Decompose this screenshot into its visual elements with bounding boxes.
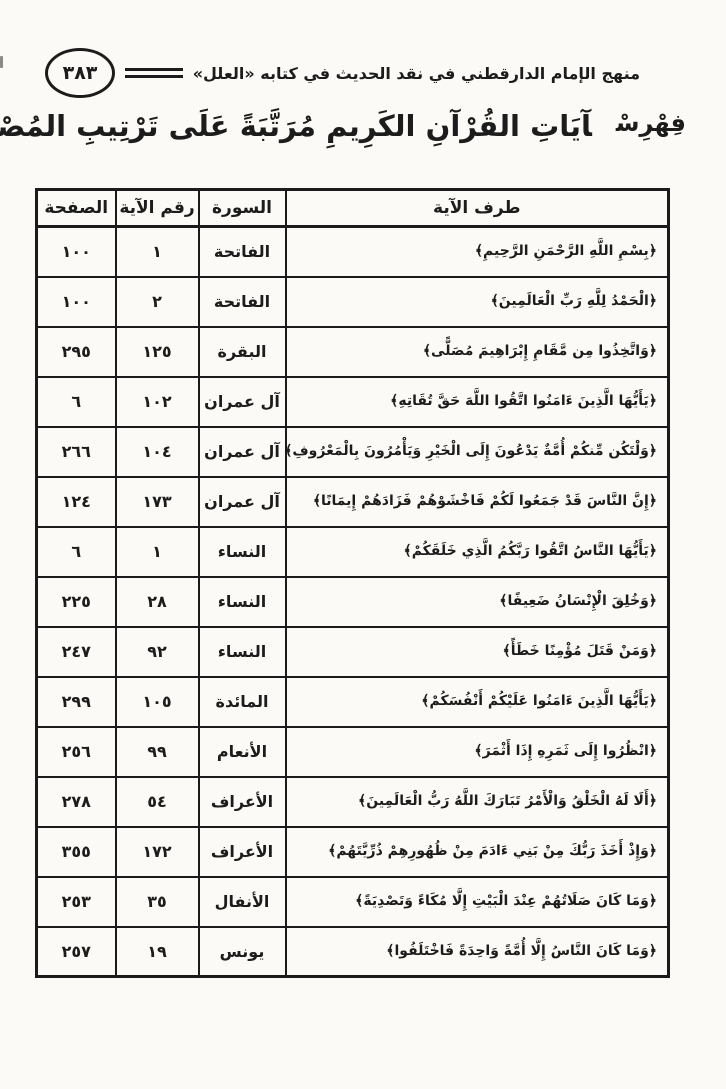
verse-number-cell: ٢ [116,277,199,327]
scanned-book-page: منهج الإمام الدارقطني في نقد الحديث في ك… [0,0,726,1089]
verse-cell: ﴿الْحَمْدُ لِلَّهِ رَبِّ الْعَالَمِينَ﴾ [286,277,669,327]
table-row: ﴿وَإِذْ أَخَذَ رَبُّكَ مِنْ بَنِي ءَادَم… [37,827,669,877]
table-row: ﴿وَمَا كَانَ النَّاسُ إِلَّا أُمَّةً وَا… [37,927,669,977]
verse-number-cell: ٣٥ [116,877,199,927]
surah-cell: المائدة [199,677,286,727]
header-verse: طرف الآية [286,190,669,227]
surah-cell: آل عمران [199,477,286,527]
page-number-cell: ١٠٠ [37,277,116,327]
surah-cell: آل عمران [199,427,286,477]
surah-cell: النساء [199,527,286,577]
header-page-number: الصفحة [37,190,116,227]
running-book-title: منهج الإمام الدارقطني في نقد الحديث في ك… [193,64,640,83]
verse-number-cell: ٩٩ [116,727,199,777]
verse-cell: ﴿وَمَا كَانَ النَّاسُ إِلَّا أُمَّةً وَا… [286,927,669,977]
verse-number-cell: ١٠٢ [116,377,199,427]
verse-number-cell: ٢٨ [116,577,199,627]
page-number-cell: ٢٩٩ [37,677,116,727]
table-row: ﴿وَمَا كَانَ صَلَاتُهُمْ عِنْدَ الْبَيْت… [37,877,669,927]
surah-cell: الفاتحة [199,227,286,277]
header-verse-number: رقم الآية [116,190,199,227]
surah-cell: البقرة [199,327,286,377]
table-row: ﴿يَأَيُّهَا النَّاسُ اتَّقُوا رَبَّكُمُ … [37,527,669,577]
surah-cell: الأنفال [199,877,286,927]
page-number-cell: ٦ [37,377,116,427]
page-number-cell: ٢٦٦ [37,427,116,477]
verse-number-cell: ١٩ [116,927,199,977]
header-surah: السورة [199,190,286,227]
table-row: ﴿الْحَمْدُ لِلَّهِ رَبِّ الْعَالَمِينَ﴾ … [37,277,669,327]
page-number-cell: ٢٥٦ [37,727,116,777]
page-number: ٣٨٣ [63,62,98,84]
verse-cell: ﴿بِسْمِ اللَّهِ الرَّحْمَنِ الرَّحِيمِ﴾ [286,227,669,277]
surah-cell: الأنعام [199,727,286,777]
table-row: ﴿بِسْمِ اللَّهِ الرَّحْمَنِ الرَّحِيمِ﴾ … [37,227,669,277]
verse-number-cell: ١ [116,227,199,277]
verse-number-cell: ١٢٥ [116,327,199,377]
verse-cell: ﴿انْظُرُوا إِلَى ثَمَرِهِ إِذَا أَثْمَرَ… [286,727,669,777]
table-row: ﴿وَمَنْ قَتَلَ مُؤْمِنًا خَطَأً﴾ النساء … [37,627,669,677]
verse-cell: ﴿وَمَنْ قَتَلَ مُؤْمِنًا خَطَأً﴾ [286,627,669,677]
surah-cell: الفاتحة [199,277,286,327]
verse-number-cell: ٩٢ [116,627,199,677]
page-number-cell: ٢٥٣ [37,877,116,927]
verse-number-cell: ١٠٤ [116,427,199,477]
table-row: ﴿انْظُرُوا إِلَى ثَمَرِهِ إِذَا أَثْمَرَ… [37,727,669,777]
table-row: ﴿إِنَّ النَّاسَ قَدْ جَمَعُوا لَكُمْ فَا… [37,477,669,527]
index-title-word-fihris: فِهْرِسْ [616,109,686,137]
page-header: منهج الإمام الدارقطني في نقد الحديث في ك… [45,46,640,100]
verse-cell: ﴿إِنَّ النَّاسَ قَدْ جَمَعُوا لَكُمْ فَا… [286,477,669,527]
surah-cell: آل عمران [199,377,286,427]
surah-cell: النساء [199,577,286,627]
rule-line-bottom [125,75,183,78]
page-number-badge: ٣٨٣ [45,48,115,98]
verse-number-cell: ٥٤ [116,777,199,827]
rule-line-top [125,68,183,71]
table-header-row: طرف الآية السورة رقم الآية الصفحة [37,190,669,227]
table-row: ﴿وَلْتَكُن مِّنكُمْ أُمَّةٌ يَدْعُونَ إِ… [37,427,669,477]
header-double-rule [125,68,183,78]
verse-number-cell: ١ [116,527,199,577]
surah-cell: النساء [199,627,286,677]
page-number-cell: ١٠٠ [37,227,116,277]
verse-number-cell: ١٧٢ [116,827,199,877]
verse-cell: ﴿يَأَيُّهَا النَّاسُ اتَّقُوا رَبَّكُمُ … [286,527,669,577]
page-number-cell: ٣٥٥ [37,827,116,877]
quran-verses-index-table: طرف الآية السورة رقم الآية الصفحة ﴿بِسْم… [35,188,670,978]
table-row: ﴿وَاتَّخِذُوا مِن مَّقَامِ إِبْرَاهِيمَ … [37,327,669,377]
page-number-cell: ١٢٤ [37,477,116,527]
page-number-cell: ٢٩٥ [37,327,116,377]
page-number-cell: ٢٥٧ [37,927,116,977]
verse-number-cell: ١٠٥ [116,677,199,727]
page-number-cell: ٢٢٥ [37,577,116,627]
scan-artifact [0,56,3,68]
page-number-cell: ٢٤٧ [37,627,116,677]
verse-cell: ﴿وَمَا كَانَ صَلَاتُهُمْ عِنْدَ الْبَيْت… [286,877,669,927]
index-title: فِهْرِسْآيَاتِ القُرْآنِ الكَرِيمِ مُرَت… [40,103,686,149]
table-row: ﴿وَخُلِقَ الْإِنْسَانُ ضَعِيفًا﴾ النساء … [37,577,669,627]
verse-cell: ﴿يَأَيُّهَا الَّذِينَ ءَامَنُوا اتَّقُوا… [286,377,669,427]
verse-cell: ﴿أَلَا لَهُ الْخَلْقُ وَالْأَمْرُ تَبَار… [286,777,669,827]
verse-cell: ﴿وَإِذْ أَخَذَ رَبُّكَ مِنْ بَنِي ءَادَم… [286,827,669,877]
verse-cell: ﴿وَلْتَكُن مِّنكُمْ أُمَّةٌ يَدْعُونَ إِ… [286,427,669,477]
table-row: ﴿يَأَيُّهَا الَّذِينَ ءَامَنُوا عَلَيْكُ… [37,677,669,727]
table-row: ﴿أَلَا لَهُ الْخَلْقُ وَالْأَمْرُ تَبَار… [37,777,669,827]
surah-cell: الأعراف [199,827,286,877]
index-title-rest: آيَاتِ القُرْآنِ الكَرِيمِ مُرَتَّبَةً ع… [0,109,592,143]
page-number-cell: ٦ [37,527,116,577]
verse-cell: ﴿وَخُلِقَ الْإِنْسَانُ ضَعِيفًا﴾ [286,577,669,627]
verse-cell: ﴿وَاتَّخِذُوا مِن مَّقَامِ إِبْرَاهِيمَ … [286,327,669,377]
verse-number-cell: ١٧٣ [116,477,199,527]
surah-cell: يونس [199,927,286,977]
surah-cell: الأعراف [199,777,286,827]
verse-cell: ﴿يَأَيُّهَا الَّذِينَ ءَامَنُوا عَلَيْكُ… [286,677,669,727]
table-row: ﴿يَأَيُّهَا الَّذِينَ ءَامَنُوا اتَّقُوا… [37,377,669,427]
page-number-cell: ٢٧٨ [37,777,116,827]
